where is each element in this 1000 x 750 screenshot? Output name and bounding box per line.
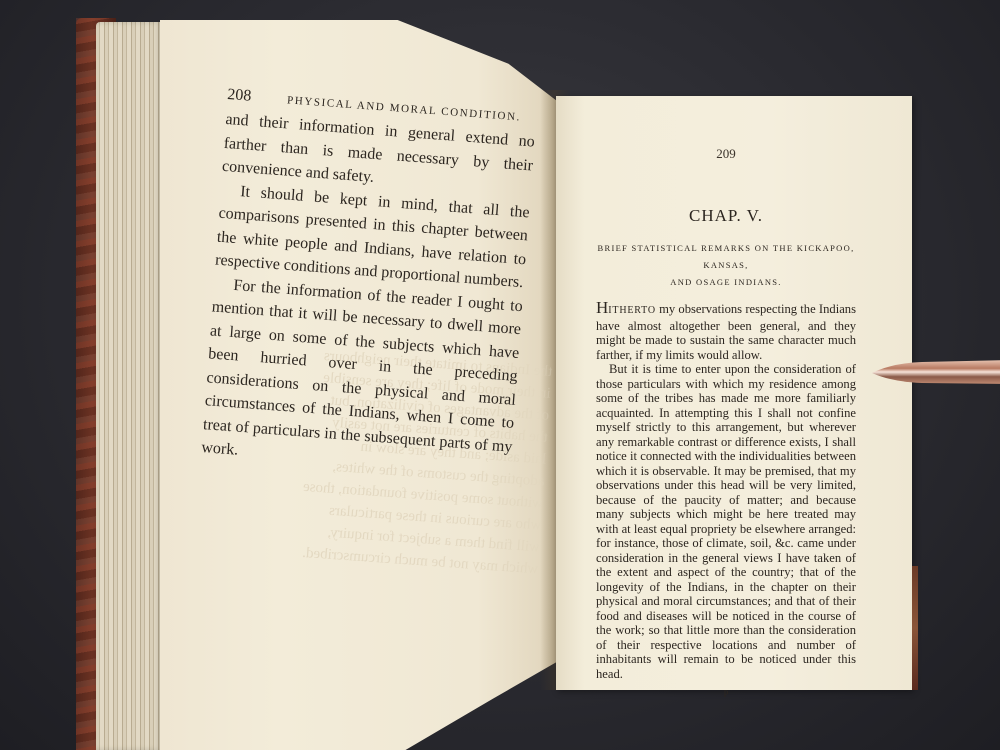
paragraph-hitherto: HITHERTO my observations respecting the …: [596, 301, 856, 362]
initial-capital: H: [596, 298, 608, 317]
cover-edge-strip: [912, 566, 918, 690]
page-number-209: 209: [596, 146, 856, 162]
letter-opener-icon: [872, 358, 1000, 388]
book-photo: the Indians to imitate their neighbours …: [0, 0, 1000, 750]
small-caps-word: ITHERTO: [608, 305, 656, 316]
chapter-title: CHAP. V.: [596, 206, 856, 226]
page-block-edge: [96, 22, 162, 750]
left-page-text: 208 PHYSICAL AND MORAL CONDITION. and th…: [201, 86, 538, 482]
paragraph-particulars: But it is time to enter upon the conside…: [596, 362, 856, 681]
right-page: 209 CHAP. V. BRIEF STATISTICAL REMARKS O…: [556, 96, 912, 690]
right-page-text: 209 CHAP. V. BRIEF STATISTICAL REMARKS O…: [596, 146, 856, 699]
paragraph-information: For the information of the reader I ough…: [201, 272, 524, 482]
page-number-208: 208: [227, 86, 288, 108]
signature-mark: P: [596, 689, 856, 699]
chapter-subtitle: BRIEF STATISTICAL REMARKS ON THE KICKAPO…: [596, 240, 856, 291]
